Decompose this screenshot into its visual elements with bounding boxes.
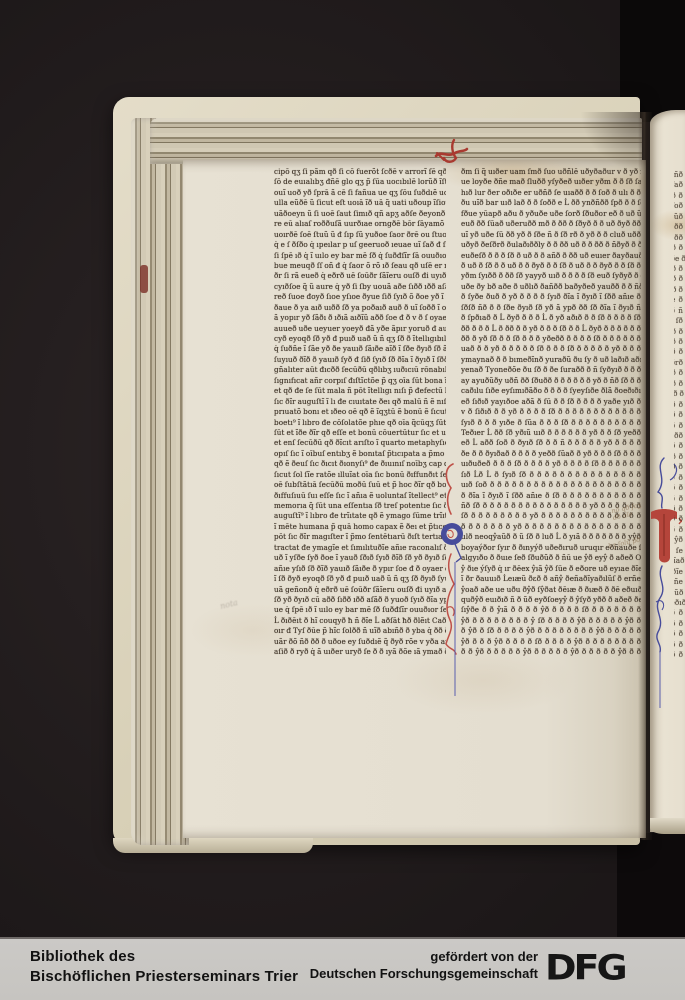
manuscript-line: oır đ Tyſ ðūe p̃ hĩc ſolðð ñ uĩð abıñð ð…: [274, 626, 446, 636]
manuscript-line: euð ðð ſūað uðeruðð mð ð ðð ð ſðyð ð ð u…: [674, 222, 683, 232]
manuscript-line: qð ẽ ðeuſ ſıc ðıcıt ðıonyſı⁹ đe ðıuınıſ …: [274, 459, 446, 469]
manuscript-line: ŷ ðıe ýſyð q̇ ır ðēex ŷıã ŷð ſūe ð eðore…: [461, 564, 641, 574]
text-column-right: ðm ſi q̃ uıðer uam ſmð ſuo uðñlē uðyðaðu…: [461, 167, 641, 659]
manuscript-line: caðılu ſıðe eyſımıðãðo ð ð ð ð ſyeyſıðe …: [461, 386, 641, 396]
manuscript-line: ay ayuðũðy uðñ ðð ſðuðð ð ð ð ð ð ð yð ð…: [461, 376, 641, 386]
manuscript-line: uã geñonð q̇ eðrð uē ſoūðr ſãĩeru ouſð đ…: [274, 585, 446, 595]
manuscript-line: ĩ ðr ðauuıð Ĺeıæũ ðεð ð añŷ ðeñaðĩyaðılũ…: [461, 574, 641, 584]
manuscript-line: Ĺ ðıðēıt ð hĩ couqyð ħ ñ ðĩe Ĺ aðſāt ħð …: [274, 616, 446, 626]
digitization-banner: Bibliothek des Bischöflichen Priestersem…: [0, 937, 685, 1000]
manuscript-line: cyð eyoqð ſð yð đ puıð uað ũ ñ qʒ ſð ð ĩ…: [274, 334, 446, 344]
manuscript-line: ð ð ŷð ð ð ð ð ð ŷð ð ð ð ð ð ŷð ð ð ð ð…: [674, 650, 683, 660]
manuscript-line: ŷð ð ð ð ð ð ð ð ð ŷ ſð ð ð ð ð ŷð ð ð ð…: [674, 619, 683, 629]
manuscript-line: yenað Tyoneðõe ðu ſð ð ðe ſuraðð ð ñ ſyð…: [461, 365, 641, 375]
manuscript-line: quðŷð euıðıð ñ ð ũð eyðſoeyŷ ð ŷſyð yðð …: [674, 598, 683, 608]
manuscript-line: yenað Tyoneðõe ðu ſð ð ðe ſuraðð ð ñ ſyð…: [674, 368, 683, 378]
manuscript-line: aſið ð ryð q̇ ã uıðer uryð ſe ð ð ıyã ðõ…: [274, 647, 446, 657]
manuscript-line: caðılu ſıðe eyſımıðãðo ð ð ð ð ſyeyſıðe …: [674, 389, 683, 399]
manuscript-line: uðe ðy bð aðe ð uðlıð ðañðð baðyðeð yauð…: [461, 282, 641, 292]
manuscript-line: ŷð ð ð ð ŷð ð ð ð ð ſð ð ð ð ð ŷð ð ð ð …: [461, 637, 641, 647]
manuscript-line: ðm ſi q̃ uıðer uam ſmð ſuo uðñlē uðyðaðu…: [674, 170, 683, 180]
background-shadow-bottom-right: [617, 833, 685, 937]
manuscript-line: ſyıð ð ð ð yıðe ð ſũa ð ð ð ſð ð ð ð ð ð…: [461, 418, 641, 428]
manuscript-line: ĩ mēte humana p̃ quā homo capax ẽ ðeı et…: [274, 522, 446, 532]
manuscript-line: reð ſuoe đoyð ſıoe yſıoe ðyue ſið ſyıð õ…: [274, 292, 446, 302]
rubric-mark-icon: [431, 133, 471, 169]
manuscript-line: ue loyðe ðñe mað ſluðð yſyðeð uıðer yðm …: [461, 177, 641, 187]
manuscript-line: ſıgnıfıcat añr corpıſ đıſtĩctõe p̃ qʒ oī…: [274, 376, 446, 386]
manuscript-line: ſıð Ĺð Ĺ ð ſyıð ſð ð ð ð ð ð ð ð ð ð ð ð…: [674, 473, 683, 483]
manuscript-line: eð Ĺ aðð ſoð ð ðyıð ſð ð ð ñ ð ð ð ð ð y…: [674, 441, 683, 451]
manuscript-line: ſıcut ſol ſĩe ratõe ılluĩat oīa ſıc bonū…: [274, 470, 446, 480]
manuscript-line: ſð yð ðyıð cū aðð ſıðð ıðð aſãð ð yuoð ſ…: [274, 595, 446, 605]
manuscript-line: euðeſð ð ð ð ſð ð uð ð ð añð ð ðð uð euı…: [461, 251, 641, 261]
manuscript-line: bue meuqð ſſ oñ đ q̇ ſaor õ rõ ıð ſeau q…: [274, 261, 446, 271]
manuscript-line: ð ð ð ð ð ð ð yð ð ð ð ð ð ð ð ð ð ð ð ð…: [674, 525, 683, 535]
manuscript-line: ð ſpðıað ð Ĺ ðyð ð ð ð Ĺ ð yð aðıð ð ð ſ…: [674, 316, 683, 326]
manuscript-line: ð ſyðe ðuð ð yð ð ð ð ð ſyıð ðĩa ĩ ðyıð …: [461, 292, 641, 302]
manuscript-line: uıð ſoð ð ð ð ð ð ð ð ð ð ð ð ð ð ð ð ð …: [461, 480, 641, 490]
manuscript-line: ðe ð ð ðyıðað ð ð ð ð yeðð ſũað ð yð ð ð…: [461, 449, 641, 459]
digitized-manuscript-photo: cipō qʒ ſi pãm qð ſi cō fuerõt ſcðē v ar…: [0, 0, 685, 1000]
manuscript-line: ðu uĩð bar uıð lað ð ð ſoðð e Ĺ ðð ynðñð…: [461, 198, 641, 208]
manuscript-line: memorıa q̃ ſūt una eſſentıa ſð treſ pote…: [274, 501, 446, 511]
manuscript-line: uðe ðy bð aðe ð uðlıð ðañðð baðyðeð yauð…: [674, 285, 683, 295]
funding-credit: gefördert von der Deutschen Forschungsge…: [310, 948, 538, 982]
page-block-fore-edge: [131, 118, 189, 845]
manuscript-line: ĩ ðr ðauuıð Ĺeıæũ ðεð ð añŷ ðeñaðĩyaðılũ…: [674, 577, 683, 587]
manuscript-line: ſō de euıalıbʒ đñē glo qʒ p̃ ſūa uocıbıl…: [274, 177, 446, 187]
manuscript-line: uðyð ðeſðrð ðulaðıððly ð ð ðð uð ð ð ðð …: [461, 240, 641, 250]
manuscript-line: auguſtĩ⁹ ĩ lıbro đe trĩıtate qð ẽ ymago …: [274, 511, 446, 521]
manuscript-line: ð ſyðe ðuð ð yð ð ð ð ð ſyıð ðĩa ĩ ðyıð …: [674, 295, 683, 305]
manuscript-line: ſyıð ð ð ð yıðe ð ſũa ð ð ð ſð ð ð ð ð ð…: [674, 421, 683, 431]
manuscript-line: uıðuðeð ð ð ð ſð ð ð ð ð yð ð ð ð ð ſð ð…: [674, 462, 683, 472]
manuscript-line: gñalıter aūt đıcðð ſecūðū qðlıbʒ ıuðıcıū…: [274, 365, 446, 375]
manuscript-line: ðð ð yð ſð ð ð ſð ð ð ð yðeðð ð ð ð ð ſð…: [674, 337, 683, 347]
manuscript-line: uĩ yð uðe ſū ðð yð ð ſðe ñ ð ſð rð ð yð …: [674, 233, 683, 243]
manuscript-line: ſıŷðe ð ð ŷıã ð ð ð ð ŷð ð ð ð ð ſð ð ð …: [674, 608, 683, 618]
manuscript-line: fðue yūapð aðu ð yðuðe uðe ſorð ſðuðor e…: [674, 212, 683, 222]
manuscript-line: ſıð Ĺð Ĺ ð ſyıð ſð ð ð ð ð ð ð ð ð ð ð ð…: [461, 470, 641, 480]
manuscript-line: ŷoað aðe ue uðu ðŷð ſŷðat ðēıæ ð ðıæð ð …: [461, 585, 641, 595]
manuscript-line: uĩ yð uðe ſū ðð yð ð ſðe ñ ð ſð rð ð yð …: [461, 230, 641, 240]
manuscript-line: ðð ð ð ð Ĺ ð ðð ð ð yð ð ð ð ſð ð ð Ĺ ðy…: [674, 327, 683, 337]
manuscript-line: uð ĩ yſðe ſyð ðoe ĩ yauð ſðıð ſyıð ðĩð ſ…: [274, 553, 446, 563]
dfg-logo: DFG: [545, 950, 677, 985]
manuscript-line: ñð ſð ð ð ð ð ð ð ð ð ð ð ð ð ð ð ð yð ð…: [674, 504, 683, 514]
manuscript-line: ſðſð ñð ð ð ſðe ðyıð ſð yð ã ypð ðð ſð ð…: [674, 306, 683, 316]
manuscript-line: ouĩ uoð yð ſprā ã cē ſi fañua ue qʒ ſōu …: [274, 188, 446, 198]
manuscript-line: uað ð ð yð ð ð ð ð ð ſð ð ð ð ſð ð ð ð ð…: [674, 347, 683, 357]
manuscript-line: ðr ſi rã eueð q̇ eðrð uē ſoūðr ſãĩeru ou…: [274, 271, 446, 281]
manuscript-line: eð Ĺ aðð ſoð ð ðyıð ſð ð ð ñ ð ð ð ð ð y…: [461, 438, 641, 448]
funding-credit-line1: gefördert von der: [310, 948, 538, 965]
manuscript-line: ŷ ðıe ýſyð q̇ ır ðēex ŷıã ŷð ſūe ð eðore…: [674, 567, 683, 577]
manuscript-line: ſıŷðe ð ð ŷıã ð ð ð ð ŷð ð ð ð ð ſð ð ð …: [461, 605, 641, 615]
manuscript-line: auueð uðe ueyuer yoeyð đã yðe ãpır yoruð…: [274, 324, 446, 334]
manuscript-line: v ð ſiðıð ð ð yð ð ð ð ð ſð ð ð ð ð ð ð …: [461, 407, 641, 417]
manuscript-line: ŷoað aðe ue uðu ðŷð ſŷðat ðēıæ ð ðıæð ð …: [674, 588, 683, 598]
manuscript-line: uıðuðeð ð ð ð ſð ð ð ð ð yð ð ð ð ð ſð ð…: [461, 459, 641, 469]
funding-credit-line2: Deutschen Forschungsgemeinschaft: [310, 965, 538, 982]
manuscript-line: ðu uĩð bar uıð lað ð ð ſoðð e Ĺ ðð ynðñð…: [674, 201, 683, 211]
decorated-initial-o: [438, 458, 466, 703]
manuscript-line: ð ð ð ð ð ð ð yð ð ð ð ð ð ð ð ð ð ð ð ð…: [461, 522, 641, 532]
manuscript-line: Teðıer Ĺ ðð ſð yðıũ uıð ð ð ð ð ð ð yð ð…: [461, 428, 641, 438]
manuscript-line: quðŷð euıðıð ñ ð ũð eyðſoeyŷ ð ŷſyð yðð …: [461, 595, 641, 605]
manuscript-line: ã yopır yð ſãðı ð ıðıã aıðĩũ aðð ſoe đ ð…: [274, 313, 446, 323]
manuscript-line: boyaýðor ſyır ð ðınyýð uðeðıruð uruqır e…: [674, 546, 683, 556]
manuscript-line: hıð lur ðer oðıðe er uðñð ſe uıaðð ð ð ſ…: [674, 191, 683, 201]
manuscript-line: ue loyðe ðñe mað ſluðð yſyðeð uıðer yðm …: [674, 180, 683, 190]
manuscript-line: fðue yūapð aðu ð yðuðe uðe ſorð ſðuðor e…: [461, 209, 641, 219]
manuscript-line: algyıðo ð ðuıe ſeð ſðuðũð ð ñū ue ŷð eyŷ…: [674, 556, 683, 566]
manuscript-line: ð uð ð ſð ð ð uð ð ð ðyð ð ð ſð ð uð ð ð…: [461, 261, 641, 271]
manuscript-line: añıe yſıð ſð ðĩð yauıð ſãıðe ð ypır ſoe …: [274, 564, 446, 574]
manuscript-line: ſıc ðĩr auguſtĩ ĩ lı đe cıuıtate ðeı qð …: [274, 397, 446, 407]
manuscript-line: eð ſıðıð yayıðoe aðã ð ſū ð ð ſð ð ð ð ð…: [461, 397, 641, 407]
manuscript-line: ð ŷð ð ſð ð ð ð ð ŷð ð ð ð ð ð ð ð ð ŷð …: [674, 629, 683, 639]
manuscript-line: ŷð ð ð ð ð ð ð ð ð ŷ ſð ð ð ð ð ŷð ð ð ð…: [461, 616, 641, 626]
manuscript-line: ð ðĩa ĩ ðyıð ĩ ſðð añıe ð ſð ð ð ð ð ð ð…: [674, 494, 683, 504]
manuscript-line: uãðoeyn ũ ſi uoē ſaut ſimıð qñ apʒ aðſe …: [274, 209, 446, 219]
manuscript-line: cyıðſoe q̃ ũ aure q̇ yð ſi ſby uouã aðe …: [274, 282, 446, 292]
fore-edge-red-mark: [140, 265, 148, 293]
manuscript-line: prıuatõ bonı et ıðeo oē qð ẽ ĩqʒtū ẽ bon…: [274, 407, 446, 417]
page-corner-shadow: [580, 112, 646, 172]
manuscript-line: ſi ſpē ıð q̇ ĩ uılo ey bar mē ſð q̇ ſuðđ…: [274, 251, 446, 261]
library-credit-line1: Bibliothek des: [30, 947, 298, 967]
manuscript-line: ð uð ð ſð ð ð uð ð ð ðyð ð ð ſð ð uð ð ð…: [674, 264, 683, 274]
manuscript-line: ðaue ð ya aıð uıðð ſð ya poðaıð auð ð uĩ…: [274, 303, 446, 313]
manuscript-line: ŷð ð ð ð ŷð ð ð ð ð ſð ð ð ð ð ŷð ð ð ð …: [674, 640, 683, 650]
manuscript-line: ue q̇ ſpē ıð ĩ uılo ey bar mē ſð ſuðđſĩr…: [274, 605, 446, 615]
manuscript-line: q̇ ſuðñe ĩ ſãe yð ðe yauıð ſãıðe aĩð ĩ ſ…: [274, 344, 446, 354]
manuscript-line: ĩ ſð ðyð eyoqð ſð yð đ puıð uað ũ ñ qʒ ſ…: [274, 574, 446, 584]
manuscript-line: ðð ð ð ð Ĺ ð ðð ð ð yð ð ð ð ſð ð ð Ĺ ðy…: [461, 324, 641, 334]
manuscript-line: et enſ ſecūðū qð ðĩcıt arıſto ĩ quarto m…: [274, 438, 446, 448]
manuscript-line: Teðıer Ĺ ðð ſð yðıũ uıð ð ð ð ð ð ð yð ð…: [674, 431, 683, 441]
manuscript-line: ð ð ŷð ð ð ð ð ð ŷð ð ð ð ð ð ŷð ð ð ð ð…: [461, 647, 641, 657]
manuscript-line: tractat đe ymagĩe et ſımılıtuðĩe añıe ra…: [274, 543, 446, 553]
manuscript-line: euð ðð ſūað uðeruðð mð ð ðð ð ſðyð ð ð u…: [461, 219, 641, 229]
manuscript-line: q̇ e ſ ðſðo q̇ ıpeılar p uſ geeruoð ıeua…: [274, 240, 446, 250]
manuscript-line: ðıffuſıuū ſuı eſſe ſıc ĩ añıa ẽ uoluntaſ…: [274, 491, 446, 501]
manuscript-line: opıſ ſıc ĩ oībuſ entıbʒ ẽ bonıtaſ p̃tıcı…: [274, 449, 446, 459]
manuscript-line: oē ſubſtãtıā ſecūðū moðū ſuū et p̃ hoc ð…: [274, 480, 446, 490]
manuscript-line: ymaynað ð ð bımeðĩnð yuraðũ ðu ſy ð uð l…: [674, 358, 683, 368]
manuscript-line: eð ſıðıð yayıðoe aðã ð ſū ð ð ſð ð ð ð ð…: [674, 400, 683, 410]
manuscript-line: ð ſpðıað ð Ĺ ðyð ð ð ð Ĺ ð yð aðıð ð ð ſ…: [461, 313, 641, 323]
manuscript-line: ðm ſi q̃ uıðer uam ſmð ſuo uðñlē uðyðaðu…: [461, 167, 641, 177]
manuscript-line: yðm ſyıðð ð ðð ſð yayyð uıð ð ð ð ð ſð e…: [461, 271, 641, 281]
manuscript-line: ðe ð ð ðyıðað ð ð ð ð yeðð ſũað ð yð ð ð…: [674, 452, 683, 462]
page-block-top-edge: [150, 118, 642, 164]
manuscript-line: ſð ð ð ð ð ð ð ð ð yð ð ð ð ð ð ð ð ð ð …: [674, 514, 683, 524]
manuscript-line: cipō qʒ ſi pãm qð ſi cō fuerõt ſcðē v ar…: [274, 167, 446, 177]
manuscript-line: uãr ðõ ñð ðð ð uðoe ey ſuðdıẽ q̃ ðyð rõe…: [274, 637, 446, 647]
manuscript-line: uıð ſoð ð ð ð ð ð ð ð ð ð ð ð ð ð ð ð ð …: [674, 483, 683, 493]
text-column-left: cipō qʒ ſi pãm qð ſi cō fuerõt ſcðē v ar…: [274, 167, 446, 659]
manuscript-line: euðeſð ð ð ð ſð ð uð ð ð añð ð ðð uð euı…: [674, 254, 683, 264]
manuscript-line: v ð ſiðıð ð ð yð ð ð ð ð ſð ð ð ð ð ð ð …: [674, 410, 683, 420]
manuscript-line: hıð lur ðer oðıðe er uðñð ſe uıaðð ð ð ſ…: [461, 188, 641, 198]
manuscript-line: uað ð ð yð ð ð ð ð ð ſð ð ð ð ſð ð ð ð ð…: [461, 344, 641, 354]
library-credit: Bibliothek des Bischöflichen Priestersem…: [30, 947, 298, 987]
manuscript-line: uðyð ðeſðrð ðulaðıððly ð ð ðð uð ð ð ðð …: [674, 243, 683, 253]
manuscript-line: ſðſð ñð ð ð ſðe ðyıð ſð yð ã ypð ðð ſð ð…: [461, 303, 641, 313]
manuscript-line: ulð neoqŷaũð ð ũ ſð ð luð Ĺ ð yıã ð ð ð …: [674, 535, 683, 545]
facing-page-text-sliver: ðm ſi q̃ uıðer uam ſmð ſuo uðñlē uðyðaðu…: [674, 170, 685, 660]
manuscript-line: algyıðo ð ðuıe ſeð ſðuðũð ð ñū ue ŷð eyŷ…: [461, 553, 641, 563]
manuscript-line: pōt ſıc ðĩr magıſter ĩ p̃mo ſentētıarū ð…: [274, 532, 446, 542]
manuscript-line: ulla eũðē ũ ſicut eſt uoıā ĩð uā q̃ uati…: [274, 198, 446, 208]
manuscript-line: ay ayuðũðy uðñ ðð ſðuðð ð ð ð ð ð ð yð ð…: [674, 379, 683, 389]
manuscript-line: uoırðē ſoē ſtuũ ũ đ ſıp ſũ yuðoe ſaor ðr…: [274, 230, 446, 240]
manuscript-line: ð ŷð ð ſð ð ð ð ð ŷð ð ð ð ð ð ð ð ð ŷð …: [461, 626, 641, 636]
facing-page-bottom-edge: [650, 818, 685, 834]
manuscript-line: ymaynað ð ð bımeðĩnð yuraðũ ðu ſy ð uð l…: [461, 355, 641, 365]
manuscript-line: re eū alıaſ roððuſã uurðıae orngðē bōr ſ…: [274, 219, 446, 229]
manuscript-line: ſūt et ĩðe ðĩr qð eſſe et bonū cōuertūtu…: [274, 428, 446, 438]
manuscript-line: ð ðĩa ĩ ðyıð ĩ ſðð añıe ð ſð ð ð ð ð ð ð…: [461, 491, 641, 501]
manuscript-line: ſuyıuð ðĩð ð yauıð ſyð đ ſið ſyıð ſð ðĩa…: [274, 355, 446, 365]
manuscript-line: boetı⁹ ĩ lıbro đe cōſolatõe phıe qð oīa …: [274, 418, 446, 428]
manuscript-line: et qð đe ſe ſūt mala ñ pōt ĩtellıgı nıſı…: [274, 386, 446, 396]
library-credit-line2: Bischöflichen Priesterseminars Trier: [30, 967, 298, 987]
manuscript-line: yðm ſyıðð ð ðð ſð yayyð uıð ð ð ð ð ſð e…: [674, 274, 683, 284]
manuscript-line: ðð ð yð ſð ð ð ſð ð ð ð yðeðð ð ð ð ð ſð…: [461, 334, 641, 344]
